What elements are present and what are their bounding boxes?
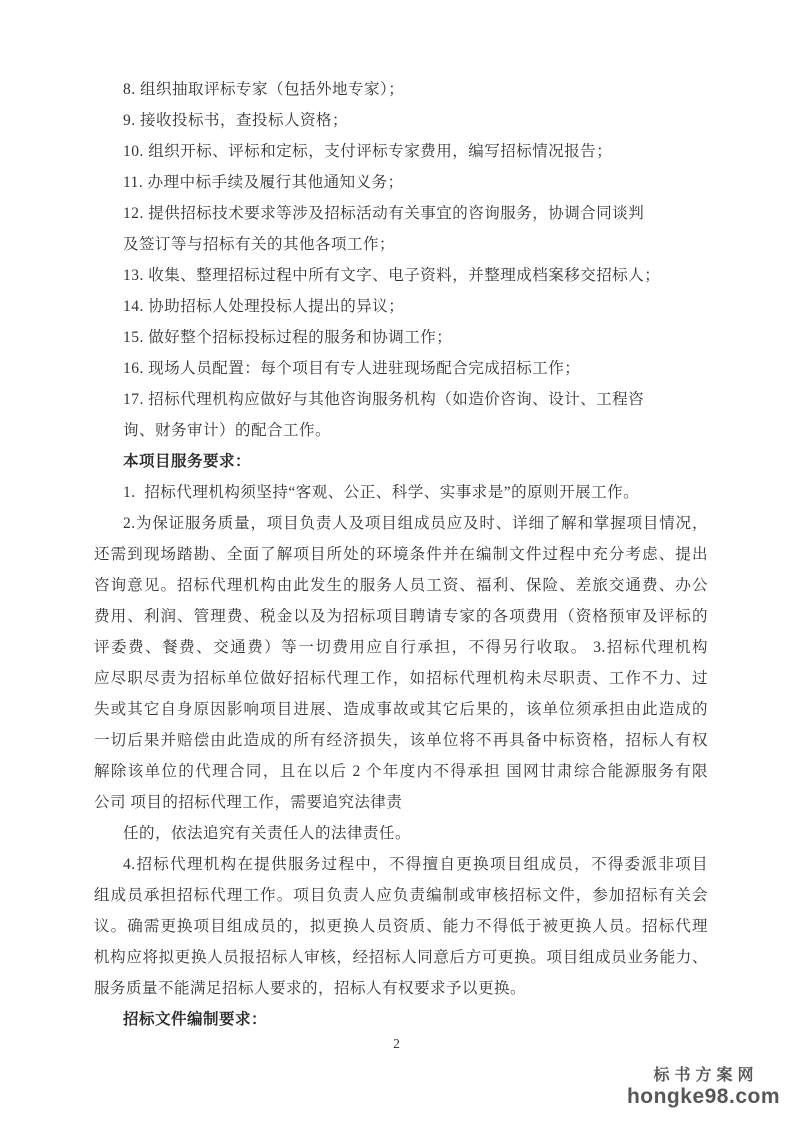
text-line: 15. 做好整个招标投标过程的服务和协调工作； <box>94 322 708 353</box>
text-line: 11. 办理中标手续及履行其他通知义务； <box>94 167 708 198</box>
text-line: 16. 现场人员配置：每个项目有专人进驻现场配合完成招标工作； <box>94 353 708 384</box>
text-line: 8. 组织抽取评标专家（包括外地专家）； <box>94 74 708 105</box>
watermark-site-url: hongke98.com <box>627 1086 780 1108</box>
site-watermark: 标书方案网 hongke98.com <box>627 1066 780 1108</box>
text-line: 9. 接收投标书，查投标人资格； <box>94 105 708 136</box>
text-line: 2.为保证服务质量，项目负责人及项目组成员应及时、详细了解和掌握项目情况， <box>94 508 708 539</box>
text-line: 评委费、餐费、交通费）等一切费用应自行承担，不得另行收取。 3.招标代理机构 <box>94 632 708 663</box>
text-line: 失或其它自身原因影响项目进展、造成事故或其它后果的，该单位须承担由此造成的 <box>94 694 708 725</box>
text-line: 公司 项目的招标代理工作，需要追究法律责 <box>94 787 708 818</box>
text-line: 10. 组织开标、评标和定标，支付评标专家费用，编写招标情况报告； <box>94 136 708 167</box>
text-line: 一切后果并赔偿由此造成的所有经济损失，该单位将不再具备中标资格，招标人有权 <box>94 725 708 756</box>
text-line: 13. 收集、整理招标过程中所有文字、电子资料，并整理成档案移交招标人； <box>94 260 708 291</box>
text-line: 组成员承担招标代理工作。项目负责人应负责编制或审核招标文件，参加招标有关会 <box>94 880 708 911</box>
text-line: 询、财务审计）的配合工作。 <box>94 415 708 446</box>
watermark-site-name: 标书方案网 <box>627 1066 780 1086</box>
text-line: 12. 提供招标技术要求等涉及招标活动有关事宜的咨询服务，协调合同谈判 <box>94 198 708 229</box>
text-line: 17. 招标代理机构应做好与其他咨询服务机构（如造价咨询、设计、工程咨 <box>94 384 708 415</box>
text-line: 议。确需更换项目组成员的，拟更换人员资质、能力不得低于被更换人员。招标代理 <box>94 911 708 942</box>
section-heading-compilation-requirements: 招标文件编制要求： <box>94 1004 708 1035</box>
text-line: 4.招标代理机构在提供服务过程中，不得擅自更换项目组成员，不得委派非项目 <box>94 849 708 880</box>
text-line: 费用、利润、管理费、税金以及为招标项目聘请专家的各项费用（资格预审及评标的 <box>94 601 708 632</box>
text-line: 及签订等与招标有关的其他各项工作； <box>94 229 708 260</box>
document-page: 8. 组织抽取评标专家（包括外地专家）； 9. 接收投标书，查投标人资格； 10… <box>0 0 793 1122</box>
text-line: 机构应将拟更换人员报招标人审核，经招标人同意后方可更换。项目组成员业务能力、 <box>94 942 708 973</box>
text-line: 咨询意见。招标代理机构由此发生的服务人员工资、福利、保险、差旅交通费、办公 <box>94 570 708 601</box>
text-line: 14. 协助招标人处理投标人提出的异议； <box>94 291 708 322</box>
page-number: 2 <box>0 1032 793 1056</box>
document-body: 8. 组织抽取评标专家（包括外地专家）； 9. 接收投标书，查投标人资格； 10… <box>94 74 708 1035</box>
text-line: 应尽职尽责为招标单位做好招标代理工作，如招标代理机构未尽职责、工作不力、过 <box>94 663 708 694</box>
text-line: 任的，依法追究有关责任人的法律责任。 <box>94 818 708 849</box>
text-line: 服务质量不能满足招标人要求的，招标人有权要求予以更换。 <box>94 973 708 1004</box>
section-heading-service-requirements: 本项目服务要求： <box>94 446 708 477</box>
text-line: 解除该单位的代理合同，且在以后 2 个年度内不得承担 国网甘肃综合能源服务有限 <box>94 756 708 787</box>
text-line: 1. 招标代理机构须坚持“客观、公正、科学、实事求是”的原则开展工作。 <box>94 477 708 508</box>
text-line: 还需到现场踏勘、全面了解项目所处的环境条件并在编制文件过程中充分考虑、提出 <box>94 539 708 570</box>
